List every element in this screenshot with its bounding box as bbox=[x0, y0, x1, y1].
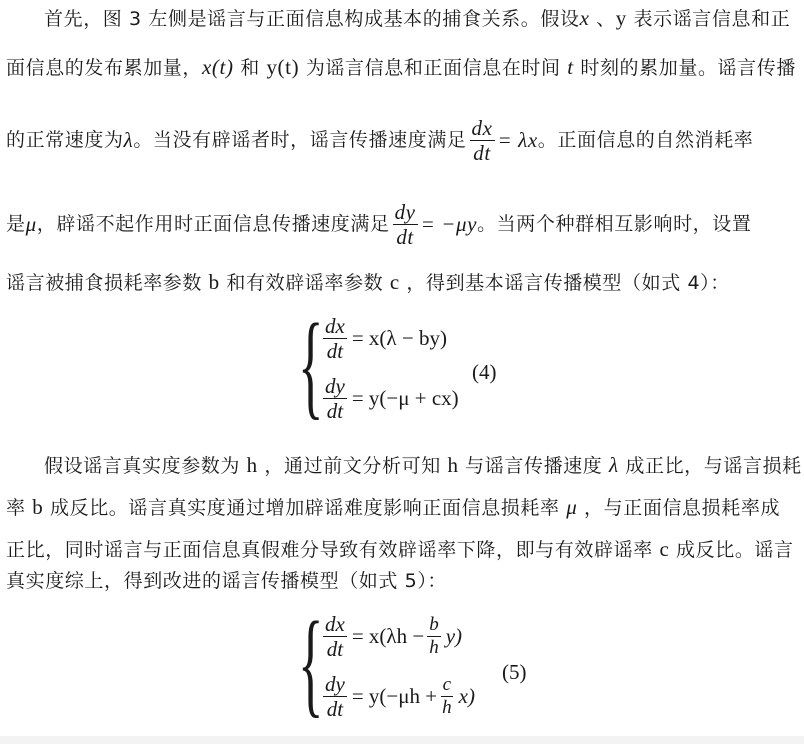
math-param-b: b bbox=[32, 495, 43, 519]
math-param-b: b bbox=[209, 270, 220, 294]
paragraph1-line1: 首先，图 3 左侧是谣言与正面信息构成基本的捕食关系。假设x 、y 表示谣言信息… bbox=[44, 6, 790, 31]
fraction-dy-dt: dydt bbox=[323, 374, 347, 423]
paragraph2-line2: 率 b 成反比。谣言真实度通过增加辟谣难度影响正面信息损耗率 μ ，与正面信息损… bbox=[6, 495, 780, 520]
paragraph1-line2: 面信息的发布累加量，x(t) 和 y(t) 为谣言信息和正面信息在时间 t 时刻… bbox=[6, 55, 796, 80]
text: 。当两个种群相互影响时，设置 bbox=[477, 194, 751, 254]
paragraph1-line3: 的正常速度为 λ 。当没有辟谣者时，谣言传播速度满足 dxdt = λx 。正面… bbox=[6, 110, 753, 170]
paragraph2-line4: 真实度综上，得到改进的谣言传播模型（如式 5）： bbox=[6, 569, 447, 593]
text: 、 bbox=[590, 8, 616, 30]
equation-4-row-2: dydt = y(−μ + cx) bbox=[320, 370, 459, 426]
equation-5: { dxdt = x(λh − bh y) dydt = y(−μh + ch … bbox=[298, 608, 475, 724]
equation-5-row-1: dxdt = x(λh − bh y) bbox=[320, 608, 475, 664]
math-rhs: = −μy bbox=[421, 194, 477, 254]
left-brace: { bbox=[298, 613, 309, 713]
text: 时刻的累加量。谣言传播 bbox=[574, 57, 796, 79]
equation-rhs-tail: y) bbox=[446, 624, 462, 649]
text: 真实度综上，得到改进的谣言传播模型（如式 5）： bbox=[6, 570, 447, 592]
math-y-of-t: y(t) bbox=[266, 55, 299, 79]
math-x-of-t: x(t) bbox=[202, 55, 234, 79]
paragraph1-line4: 是 μ ，辟谣不起作用时正面信息传播速度满足 dydt = −μy 。当两个种群… bbox=[6, 194, 751, 254]
paragraph1-line5: 谣言被捕食损耗率参数 b 和有效辟谣率参数 c ，得到基本谣言传播模型（如式 4… bbox=[6, 270, 730, 295]
equation-rhs: = x(λh − bbox=[352, 624, 424, 649]
bottom-edge bbox=[0, 736, 804, 744]
math-var-x: x bbox=[580, 6, 590, 30]
text: 与谣言传播速度 bbox=[459, 455, 609, 477]
text: ，通过前文分析可知 bbox=[258, 455, 448, 477]
math-param-h: h bbox=[247, 453, 258, 477]
text: 谣言被捕食损耗率参数 bbox=[6, 272, 209, 294]
left-brace: { bbox=[298, 315, 309, 415]
math-mu: μ bbox=[566, 495, 577, 519]
math-param-h: h bbox=[447, 453, 458, 477]
fraction-c-over-h: ch bbox=[440, 674, 454, 719]
math-lambda: λ bbox=[609, 453, 619, 477]
equation-rhs: = y(−μ + cx) bbox=[352, 386, 459, 411]
equation-4-row-1: dxdt = x(λ − by) bbox=[320, 310, 459, 366]
fraction-b-over-h: bh bbox=[427, 614, 441, 659]
text: ，辟谣不起作用时正面信息传播速度满足 bbox=[37, 194, 390, 254]
document-page: 首先，图 3 左侧是谣言与正面信息构成基本的捕食关系。假设x 、y 表示谣言信息… bbox=[0, 0, 804, 736]
text: 是 bbox=[6, 194, 26, 254]
text: 的正常速度为 bbox=[6, 110, 124, 170]
equation-rhs: = x(λ − by) bbox=[352, 326, 447, 351]
fraction-dx-dt: dxdt bbox=[323, 612, 347, 661]
text: 和有效辟谣率参数 bbox=[220, 272, 390, 294]
math-param-c: c bbox=[390, 270, 400, 294]
fraction-dy-dt: dydt bbox=[323, 672, 347, 721]
equation-number-4: (4) bbox=[472, 360, 497, 385]
text: ，得到基本谣言传播模型（如式 4）： bbox=[400, 272, 730, 294]
text: 成反比。谣言真实度通过增加辟谣难度影响正面信息损耗率 bbox=[43, 497, 566, 519]
equation-number-5: (5) bbox=[502, 660, 527, 685]
fraction-dx-dt: dxdt bbox=[470, 116, 495, 165]
paragraph2-line1: 假设谣言真实度参数为 h ，通过前文分析可知 h 与谣言传播速度 λ 成正比，与… bbox=[44, 453, 802, 478]
equation-rhs: = y(−μh + bbox=[352, 684, 437, 709]
fraction-dx-dt: dxdt bbox=[323, 314, 347, 363]
equation-rhs-tail: x) bbox=[459, 684, 475, 709]
text: ，与正面信息损耗率成 bbox=[577, 497, 780, 519]
text: 和 bbox=[234, 57, 267, 79]
equation-5-row-2: dydt = y(−μh + ch x) bbox=[320, 668, 475, 724]
text: 成反比。谣言 bbox=[669, 539, 793, 561]
paragraph2-line3: 正比，同时谣言与正面信息真假难分导致有效辟谣率下降，即与有效辟谣率 c 成反比。… bbox=[6, 537, 794, 562]
text: 面信息的发布累加量， bbox=[6, 57, 202, 79]
text: 正比，同时谣言与正面信息真假难分导致有效辟谣率下降，即与有效辟谣率 bbox=[6, 539, 659, 561]
fraction-dy-dt: dydt bbox=[393, 200, 418, 249]
equation-4: { dxdt = x(λ − by) dydt = y(−μ + cx) bbox=[298, 310, 459, 426]
math-param-c: c bbox=[659, 537, 669, 561]
text: 成正比，与谣言损耗 bbox=[619, 455, 802, 477]
math-lambda: λ bbox=[124, 110, 134, 170]
math-mu: μ bbox=[26, 194, 37, 254]
text: 率 bbox=[6, 497, 32, 519]
text: 。当没有辟谣者时，谣言传播速度满足 bbox=[133, 110, 466, 170]
math-var-y: y bbox=[616, 6, 627, 30]
text: 为谣言信息和正面信息在时间 bbox=[299, 57, 567, 79]
text: 。正面信息的自然消耗率 bbox=[538, 110, 754, 170]
text: 首先，图 3 左侧是谣言与正面信息构成基本的捕食关系。假设 bbox=[44, 8, 580, 30]
text: 假设谣言真实度参数为 bbox=[44, 455, 247, 477]
math-rhs: = λx bbox=[498, 110, 538, 170]
text: 表示谣言信息和正 bbox=[627, 8, 790, 30]
